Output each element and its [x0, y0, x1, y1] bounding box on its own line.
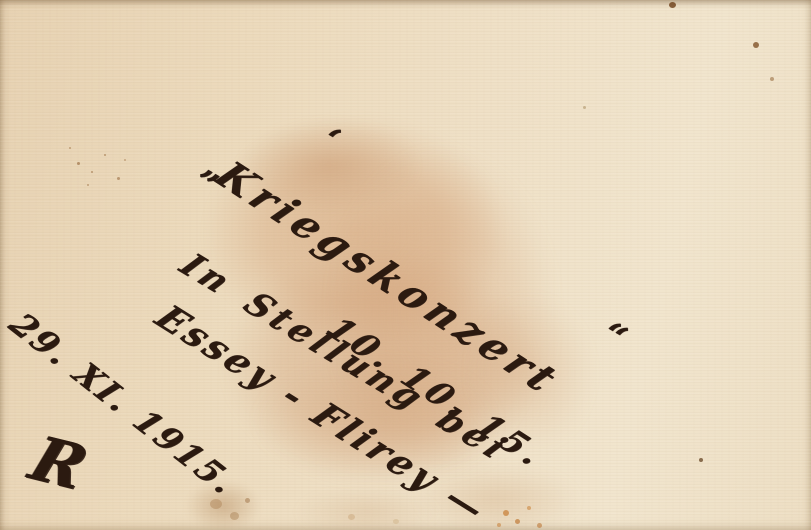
paper-speck [583, 106, 586, 109]
paper-speck [91, 171, 93, 173]
paper-speck [503, 510, 509, 516]
paper-speck [770, 77, 774, 81]
paper-speck [230, 512, 239, 520]
paper-speck [537, 523, 542, 528]
paper-speck [527, 506, 531, 510]
paper-speck [393, 519, 399, 524]
paper-speck [669, 2, 676, 8]
paper-speck [87, 184, 89, 186]
paper-speck [117, 177, 120, 180]
paper-speck [699, 458, 703, 462]
paper-speck [515, 519, 520, 524]
paper-speck [753, 42, 759, 48]
paper-speck [497, 523, 501, 527]
signature-monogram: R [23, 428, 94, 499]
paper-speck [348, 514, 355, 520]
paper-speck [77, 162, 80, 165]
paper-speck [245, 498, 250, 503]
paper-speck [104, 154, 106, 156]
paper-speck [124, 159, 126, 161]
closing-quote-mark: “ [596, 316, 632, 358]
stray-quote-mark: ‘ [316, 122, 345, 159]
paper-speck [69, 147, 71, 149]
photo-of-handwritten-note: „ ‘ Kriegskonzert “ 10. 10. 15. In Stell… [0, 0, 811, 530]
